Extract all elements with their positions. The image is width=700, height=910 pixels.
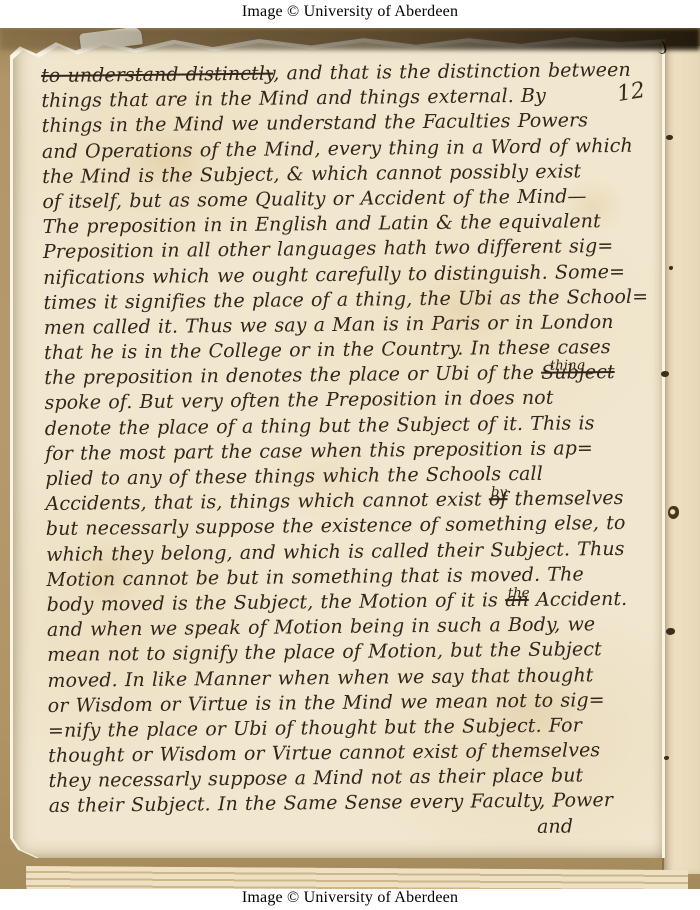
copyright-caption-bottom: Image © University of Aberdeen [0, 889, 700, 907]
page-stack-edges [26, 866, 688, 889]
manuscript-text: to understand distinctly, and that is th… [41, 58, 651, 845]
manuscript-photo: 12 to understand distinctly, and that is… [0, 28, 700, 889]
scribal-correction: thean [505, 589, 529, 611]
line-text-post: themselves [507, 487, 623, 510]
scribal-correction: to understand distinctly [41, 63, 273, 87]
binding-shadow [0, 28, 700, 50]
copyright-caption-top: Image © University of Aberdeen [0, 3, 700, 21]
manuscript-page: 12 to understand distinctly, and that is… [13, 38, 662, 858]
struck-text: to understand distinctly [41, 63, 273, 87]
line-text-post: Accident. [529, 588, 628, 611]
inserted-word: the [508, 581, 530, 606]
line-text-pre: Accidents, that is, things which cannot … [45, 489, 488, 516]
inserted-word: thing [550, 354, 586, 380]
next-page-edge [662, 46, 700, 874]
line-text-post: , and that is the distinction between [273, 59, 631, 85]
line-text-pre: body moved is the Subject, the Motion of… [47, 589, 506, 616]
inserted-word: by [491, 480, 507, 505]
scribal-correction: byof [489, 488, 508, 510]
line-text-pre: the preposition in denotes the place or … [44, 362, 541, 389]
scribal-correction: thingSubject [541, 361, 615, 384]
